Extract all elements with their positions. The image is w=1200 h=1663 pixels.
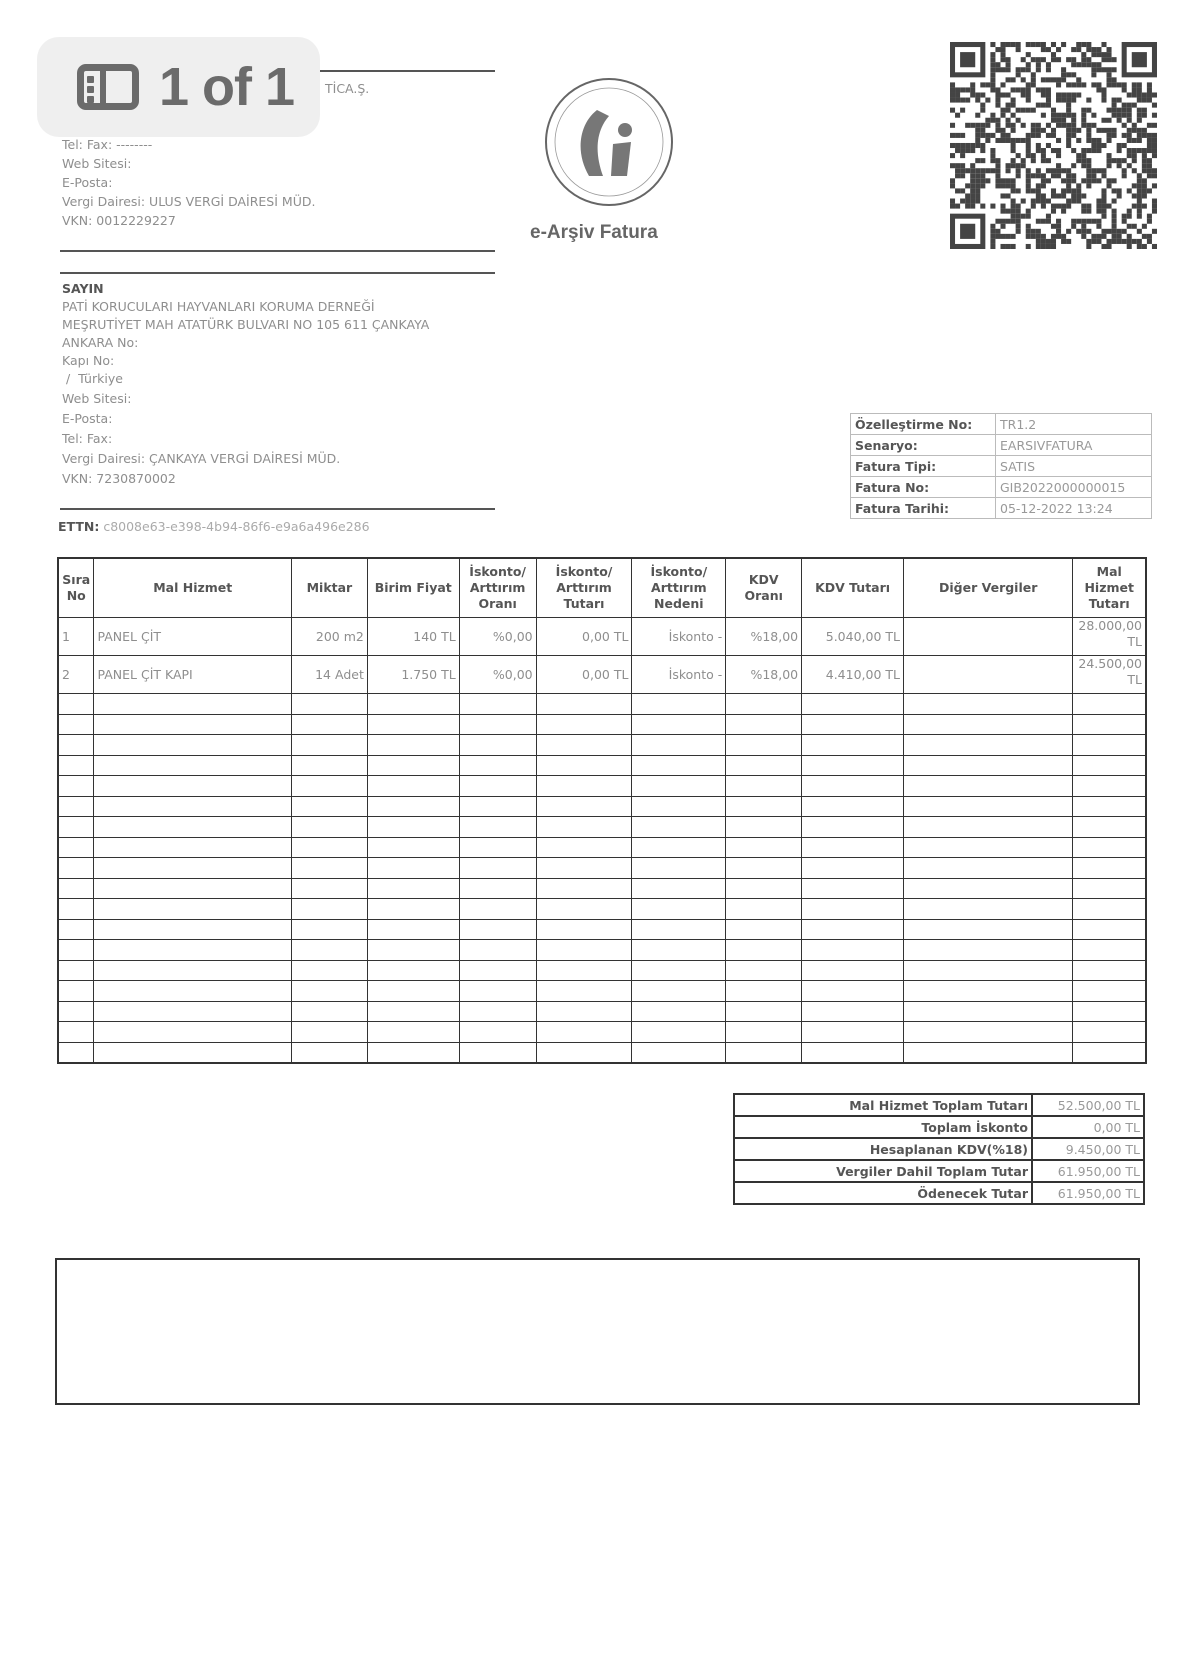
table-cell — [904, 656, 1073, 694]
table-cell — [1073, 694, 1146, 715]
table-cell — [904, 817, 1073, 838]
invoice-info-row: Senaryo:EARSIVFATURA — [851, 435, 1152, 456]
table-cell — [94, 776, 291, 797]
invoice-info-row: Fatura Tarihi:05-12-2022 13:24 — [851, 498, 1152, 519]
table-cell — [291, 714, 367, 735]
table-cell — [632, 960, 726, 981]
table-cell — [904, 837, 1073, 858]
empty-table-row — [58, 858, 1146, 879]
table-cell — [904, 776, 1073, 797]
table-cell — [904, 618, 1073, 656]
table-cell — [94, 714, 291, 735]
table-cell — [802, 776, 904, 797]
table-cell — [1073, 899, 1146, 920]
table-cell — [632, 919, 726, 940]
table-cell — [367, 878, 459, 899]
empty-table-row — [58, 878, 1146, 899]
table-cell: 200 m2 — [291, 618, 367, 656]
totals-label: Toplam İskonto — [734, 1116, 1032, 1138]
column-header: KDV Tutarı — [802, 558, 904, 618]
table-cell — [94, 796, 291, 817]
table-cell — [291, 1042, 367, 1063]
table-cell — [58, 981, 94, 1002]
table-cell: %0,00 — [459, 618, 536, 656]
table-cell — [367, 776, 459, 797]
info-value: SATIS — [996, 456, 1152, 477]
table-cell — [1073, 837, 1146, 858]
table-cell — [536, 960, 632, 981]
table-cell — [802, 858, 904, 879]
table-cell — [726, 694, 802, 715]
table-cell: 28.000,00 TL — [1073, 618, 1146, 656]
table-cell — [536, 919, 632, 940]
recipient-line: VKN: 7230870002 — [62, 470, 429, 488]
table-cell — [802, 940, 904, 961]
recipient-line: / Türkiye — [62, 370, 429, 388]
column-header: Sıra No — [58, 558, 94, 618]
totals-row: Hesaplanan KDV(%18)9.450,00 TL — [734, 1138, 1144, 1160]
column-header: İskonto/ Arttırım Tutarı — [536, 558, 632, 618]
empty-table-row — [58, 694, 1146, 715]
table-cell: 1 — [58, 618, 94, 656]
table-cell — [291, 796, 367, 817]
table-cell — [459, 899, 536, 920]
empty-table-row — [58, 817, 1146, 838]
table-cell — [58, 1042, 94, 1063]
totals-value: 9.450,00 TL — [1032, 1138, 1144, 1160]
table-cell — [367, 817, 459, 838]
table-cell — [632, 776, 726, 797]
table-cell — [632, 1022, 726, 1043]
table-cell — [632, 755, 726, 776]
notes-box — [55, 1258, 1140, 1405]
table-cell — [726, 796, 802, 817]
totals-row: Toplam İskonto0,00 TL — [734, 1116, 1144, 1138]
table-cell — [904, 940, 1073, 961]
info-label: Fatura No: — [851, 477, 996, 498]
table-cell — [94, 1022, 291, 1043]
table-cell — [632, 694, 726, 715]
sender-tel-fax: Tel: Fax: -------- — [62, 136, 152, 154]
table-cell — [367, 755, 459, 776]
table-cell — [1073, 776, 1146, 797]
table-cell — [291, 899, 367, 920]
table-cell — [459, 755, 536, 776]
table-cell — [291, 1022, 367, 1043]
table-cell — [802, 735, 904, 756]
table-cell — [58, 776, 94, 797]
table-cell — [94, 817, 291, 838]
table-cell: 0,00 TL — [536, 618, 632, 656]
table-cell: 5.040,00 TL — [802, 618, 904, 656]
table-cell — [459, 776, 536, 797]
table-cell — [58, 1022, 94, 1043]
column-header: Miktar — [291, 558, 367, 618]
table-cell — [58, 960, 94, 981]
table-cell — [1073, 755, 1146, 776]
table-cell — [1073, 817, 1146, 838]
table-cell — [459, 981, 536, 1002]
table-cell — [58, 694, 94, 715]
table-cell — [1073, 960, 1146, 981]
table-cell — [459, 1001, 536, 1022]
totals-value: 52.500,00 TL — [1032, 1094, 1144, 1116]
table-cell — [536, 796, 632, 817]
table-cell — [802, 1001, 904, 1022]
empty-table-row — [58, 776, 1146, 797]
table-cell — [58, 735, 94, 756]
table-cell — [536, 837, 632, 858]
table-cell — [94, 837, 291, 858]
table-cell — [726, 960, 802, 981]
totals-row: Vergiler Dahil Toplam Tutar61.950,00 TL — [734, 1160, 1144, 1182]
column-header: Birim Fiyat — [367, 558, 459, 618]
table-cell — [632, 796, 726, 817]
table-cell — [367, 735, 459, 756]
table-cell: %18,00 — [726, 656, 802, 694]
sidebar-panel-icon — [77, 64, 139, 110]
sender-top-rule — [320, 70, 495, 72]
empty-table-row — [58, 1001, 1146, 1022]
table-cell — [632, 714, 726, 735]
table-cell — [58, 940, 94, 961]
table-row: 1PANEL ÇİT200 m2140 TL%0,000,00 TLİskont… — [58, 618, 1146, 656]
recipient-heading: SAYIN — [62, 280, 104, 298]
table-cell — [367, 1042, 459, 1063]
table-cell — [802, 796, 904, 817]
table-cell — [904, 858, 1073, 879]
table-cell — [367, 1022, 459, 1043]
table-cell: PANEL ÇİT — [94, 618, 291, 656]
column-header: İskonto/ Arttırım Nedeni — [632, 558, 726, 618]
table-cell — [904, 899, 1073, 920]
table-cell — [904, 796, 1073, 817]
table-cell — [536, 735, 632, 756]
table-cell — [367, 694, 459, 715]
ettn: ETTN: c8008e63-e398-4b94-86f6-e9a6a496e2… — [58, 518, 370, 536]
empty-table-row — [58, 960, 1146, 981]
table-cell: %18,00 — [726, 618, 802, 656]
column-header: Mal Hizmet — [94, 558, 291, 618]
table-cell — [1073, 796, 1146, 817]
table-cell — [459, 940, 536, 961]
table-cell — [58, 878, 94, 899]
totals-row: Mal Hizmet Toplam Tutarı52.500,00 TL — [734, 1094, 1144, 1116]
table-cell — [291, 940, 367, 961]
info-value: EARSIVFATURA — [996, 435, 1152, 456]
table-cell — [802, 714, 904, 735]
table-cell — [726, 776, 802, 797]
table-cell — [367, 919, 459, 940]
table-cell — [536, 776, 632, 797]
empty-table-row — [58, 919, 1146, 940]
table-cell — [536, 981, 632, 1002]
table-cell — [904, 960, 1073, 981]
invoice-info-table: Özelleştirme No:TR1.2Senaryo:EARSIVFATUR… — [850, 413, 1152, 519]
table-cell: 140 TL — [367, 618, 459, 656]
table-cell — [58, 796, 94, 817]
table-cell: %0,00 — [459, 656, 536, 694]
table-cell — [367, 960, 459, 981]
table-cell — [459, 1022, 536, 1043]
table-cell — [632, 837, 726, 858]
table-cell — [904, 714, 1073, 735]
table-cell — [291, 981, 367, 1002]
table-cell — [94, 878, 291, 899]
table-cell — [1073, 1022, 1146, 1043]
sender-email: E-Posta: — [62, 174, 112, 192]
table-cell — [1073, 1001, 1146, 1022]
table-cell — [291, 694, 367, 715]
table-cell — [291, 776, 367, 797]
empty-table-row — [58, 1042, 1146, 1063]
table-cell — [367, 940, 459, 961]
totals-label: Hesaplanan KDV(%18) — [734, 1138, 1032, 1160]
table-cell: İskonto - — [632, 618, 726, 656]
table-cell — [726, 755, 802, 776]
table-cell — [291, 1001, 367, 1022]
table-cell: İskonto - — [632, 656, 726, 694]
table-cell — [94, 755, 291, 776]
sender-bottom-rule — [60, 250, 495, 252]
empty-table-row — [58, 714, 1146, 735]
table-cell — [459, 878, 536, 899]
table-cell — [802, 981, 904, 1002]
table-cell — [904, 1022, 1073, 1043]
table-cell — [802, 837, 904, 858]
table-cell — [536, 940, 632, 961]
table-cell — [802, 694, 904, 715]
table-cell — [94, 1042, 291, 1063]
table-cell — [94, 858, 291, 879]
totals-table: Mal Hizmet Toplam Tutarı52.500,00 TLTopl… — [733, 1093, 1145, 1205]
table-cell — [1073, 981, 1146, 1002]
recipient-line: Kapı No: — [62, 352, 429, 370]
table-cell — [459, 817, 536, 838]
column-header: Diğer Vergiler — [904, 558, 1073, 618]
table-cell — [459, 837, 536, 858]
invoice-info-row: Fatura Tipi:SATIS — [851, 456, 1152, 477]
table-cell — [1073, 714, 1146, 735]
table-cell — [94, 1001, 291, 1022]
recipient-line: Vergi Dairesi: ÇANKAYA VERGİ DAİRESİ MÜD… — [62, 450, 429, 468]
table-cell — [726, 714, 802, 735]
recipient-bottom-rule — [60, 508, 495, 510]
sender-vkn: VKN: 0012229227 — [62, 212, 176, 230]
ettn-value: c8008e63-e398-4b94-86f6-e9a6a496e286 — [103, 519, 369, 534]
table-cell — [459, 796, 536, 817]
table-cell — [726, 735, 802, 756]
table-cell — [58, 817, 94, 838]
table-cell — [536, 694, 632, 715]
totals-label: Vergiler Dahil Toplam Tutar — [734, 1160, 1032, 1182]
recipient-address: PATİ KORUCULARI HAYVANLARI KORUMA DERNEĞ… — [62, 298, 429, 488]
table-cell — [632, 1001, 726, 1022]
table-cell — [536, 755, 632, 776]
table-cell — [632, 858, 726, 879]
table-cell — [1073, 940, 1146, 961]
empty-table-row — [58, 796, 1146, 817]
table-cell — [726, 1022, 802, 1043]
column-header: İskonto/ Arttırım Oranı — [459, 558, 536, 618]
table-cell — [94, 694, 291, 715]
empty-table-row — [58, 899, 1146, 920]
sender-tax-office: Vergi Dairesi: ULUS VERGİ DAİRESİ MÜD. — [62, 193, 315, 211]
table-cell — [536, 1042, 632, 1063]
table-cell — [291, 837, 367, 858]
table-cell — [58, 714, 94, 735]
table-cell — [726, 817, 802, 838]
table-cell — [904, 1001, 1073, 1022]
table-cell — [726, 858, 802, 879]
table-cell — [726, 1001, 802, 1022]
table-cell — [632, 878, 726, 899]
table-cell — [726, 899, 802, 920]
gib-logo-icon — [545, 78, 673, 206]
table-cell — [94, 919, 291, 940]
table-cell — [802, 899, 904, 920]
table-cell — [536, 714, 632, 735]
table-cell — [632, 1042, 726, 1063]
table-cell — [904, 755, 1073, 776]
table-cell — [802, 755, 904, 776]
recipient-line: Tel: Fax: — [62, 430, 429, 448]
table-cell — [367, 1001, 459, 1022]
table-cell — [536, 817, 632, 838]
table-cell — [904, 878, 1073, 899]
table-cell — [1073, 1042, 1146, 1063]
table-header-row: Sıra NoMal HizmetMiktarBirim Fiyatİskont… — [58, 558, 1146, 618]
table-cell: 1.750 TL — [367, 656, 459, 694]
table-cell — [802, 817, 904, 838]
table-cell: 0,00 TL — [536, 656, 632, 694]
table-cell — [632, 817, 726, 838]
table-cell — [58, 1001, 94, 1022]
table-cell — [367, 981, 459, 1002]
ettn-label: ETTN: — [58, 519, 99, 534]
table-cell — [632, 735, 726, 756]
table-cell — [802, 960, 904, 981]
table-cell — [632, 899, 726, 920]
recipient-line: Web Sitesi: — [62, 390, 429, 408]
table-cell — [58, 919, 94, 940]
totals-label: Mal Hizmet Toplam Tutarı — [734, 1094, 1032, 1116]
empty-table-row — [58, 1022, 1146, 1043]
table-cell — [459, 714, 536, 735]
table-cell: 24.500,00 TL — [1073, 656, 1146, 694]
table-row: 2PANEL ÇİT KAPI14 Adet1.750 TL%0,000,00 … — [58, 656, 1146, 694]
table-cell — [367, 796, 459, 817]
table-cell — [536, 878, 632, 899]
empty-table-row — [58, 981, 1146, 1002]
table-cell — [291, 817, 367, 838]
info-value: TR1.2 — [996, 414, 1152, 435]
table-cell — [291, 755, 367, 776]
document-type-title: e-Arşiv Fatura — [530, 222, 658, 244]
invoice-info-row: Özelleştirme No:TR1.2 — [851, 414, 1152, 435]
table-cell — [94, 940, 291, 961]
table-cell — [367, 837, 459, 858]
table-cell — [459, 960, 536, 981]
table-cell — [94, 899, 291, 920]
table-cell — [726, 878, 802, 899]
info-value: GIB2022000000015 — [996, 477, 1152, 498]
table-cell — [291, 960, 367, 981]
table-cell — [94, 960, 291, 981]
table-cell — [802, 1042, 904, 1063]
recipient-line: ANKARA No: — [62, 334, 429, 352]
table-cell — [459, 694, 536, 715]
table-cell — [58, 755, 94, 776]
table-cell — [1073, 919, 1146, 940]
table-cell — [58, 858, 94, 879]
totals-value: 61.950,00 TL — [1032, 1160, 1144, 1182]
table-cell — [904, 1042, 1073, 1063]
table-cell — [291, 858, 367, 879]
page-indicator-badge[interactable]: 1 of 1 — [37, 37, 320, 137]
table-cell — [536, 1022, 632, 1043]
sender-web: Web Sitesi: — [62, 155, 131, 173]
table-cell — [1073, 735, 1146, 756]
empty-table-row — [58, 755, 1146, 776]
recipient-line: E-Posta: — [62, 410, 429, 428]
table-cell — [94, 981, 291, 1002]
table-cell — [904, 694, 1073, 715]
totals-value: 0,00 TL — [1032, 1116, 1144, 1138]
table-cell — [802, 919, 904, 940]
table-cell — [367, 899, 459, 920]
table-cell — [802, 878, 904, 899]
table-cell — [291, 878, 367, 899]
empty-table-row — [58, 837, 1146, 858]
table-cell — [459, 735, 536, 756]
table-cell: 4.410,00 TL — [802, 656, 904, 694]
table-cell — [291, 919, 367, 940]
table-cell — [726, 837, 802, 858]
info-label: Senaryo: — [851, 435, 996, 456]
table-cell — [536, 858, 632, 879]
table-cell — [632, 981, 726, 1002]
totals-row: Ödenecek Tutar61.950,00 TL — [734, 1182, 1144, 1204]
table-cell — [726, 940, 802, 961]
table-cell — [291, 735, 367, 756]
table-cell — [904, 735, 1073, 756]
table-cell — [632, 940, 726, 961]
invoice-info-row: Fatura No:GIB2022000000015 — [851, 477, 1152, 498]
table-cell — [459, 858, 536, 879]
page-indicator-text: 1 of 1 — [159, 56, 294, 118]
table-cell — [459, 919, 536, 940]
column-header: KDV Oranı — [726, 558, 802, 618]
totals-label: Ödenecek Tutar — [734, 1182, 1032, 1204]
column-header: Mal Hizmet Tutarı — [1073, 558, 1146, 618]
table-cell — [1073, 878, 1146, 899]
table-cell — [726, 981, 802, 1002]
invoice-items-table: Sıra NoMal HizmetMiktarBirim Fiyatİskont… — [57, 557, 1147, 1064]
table-cell: PANEL ÇİT KAPI — [94, 656, 291, 694]
totals-value: 61.950,00 TL — [1032, 1182, 1144, 1204]
info-label: Fatura Tarihi: — [851, 498, 996, 519]
table-cell — [459, 1042, 536, 1063]
recipient-top-rule — [60, 272, 495, 274]
empty-table-row — [58, 940, 1146, 961]
table-cell — [536, 899, 632, 920]
info-value: 05-12-2022 13:24 — [996, 498, 1152, 519]
sender-name: TİCA.Ş. — [325, 80, 369, 98]
table-cell — [1073, 858, 1146, 879]
table-cell — [802, 1022, 904, 1043]
table-cell — [904, 981, 1073, 1002]
